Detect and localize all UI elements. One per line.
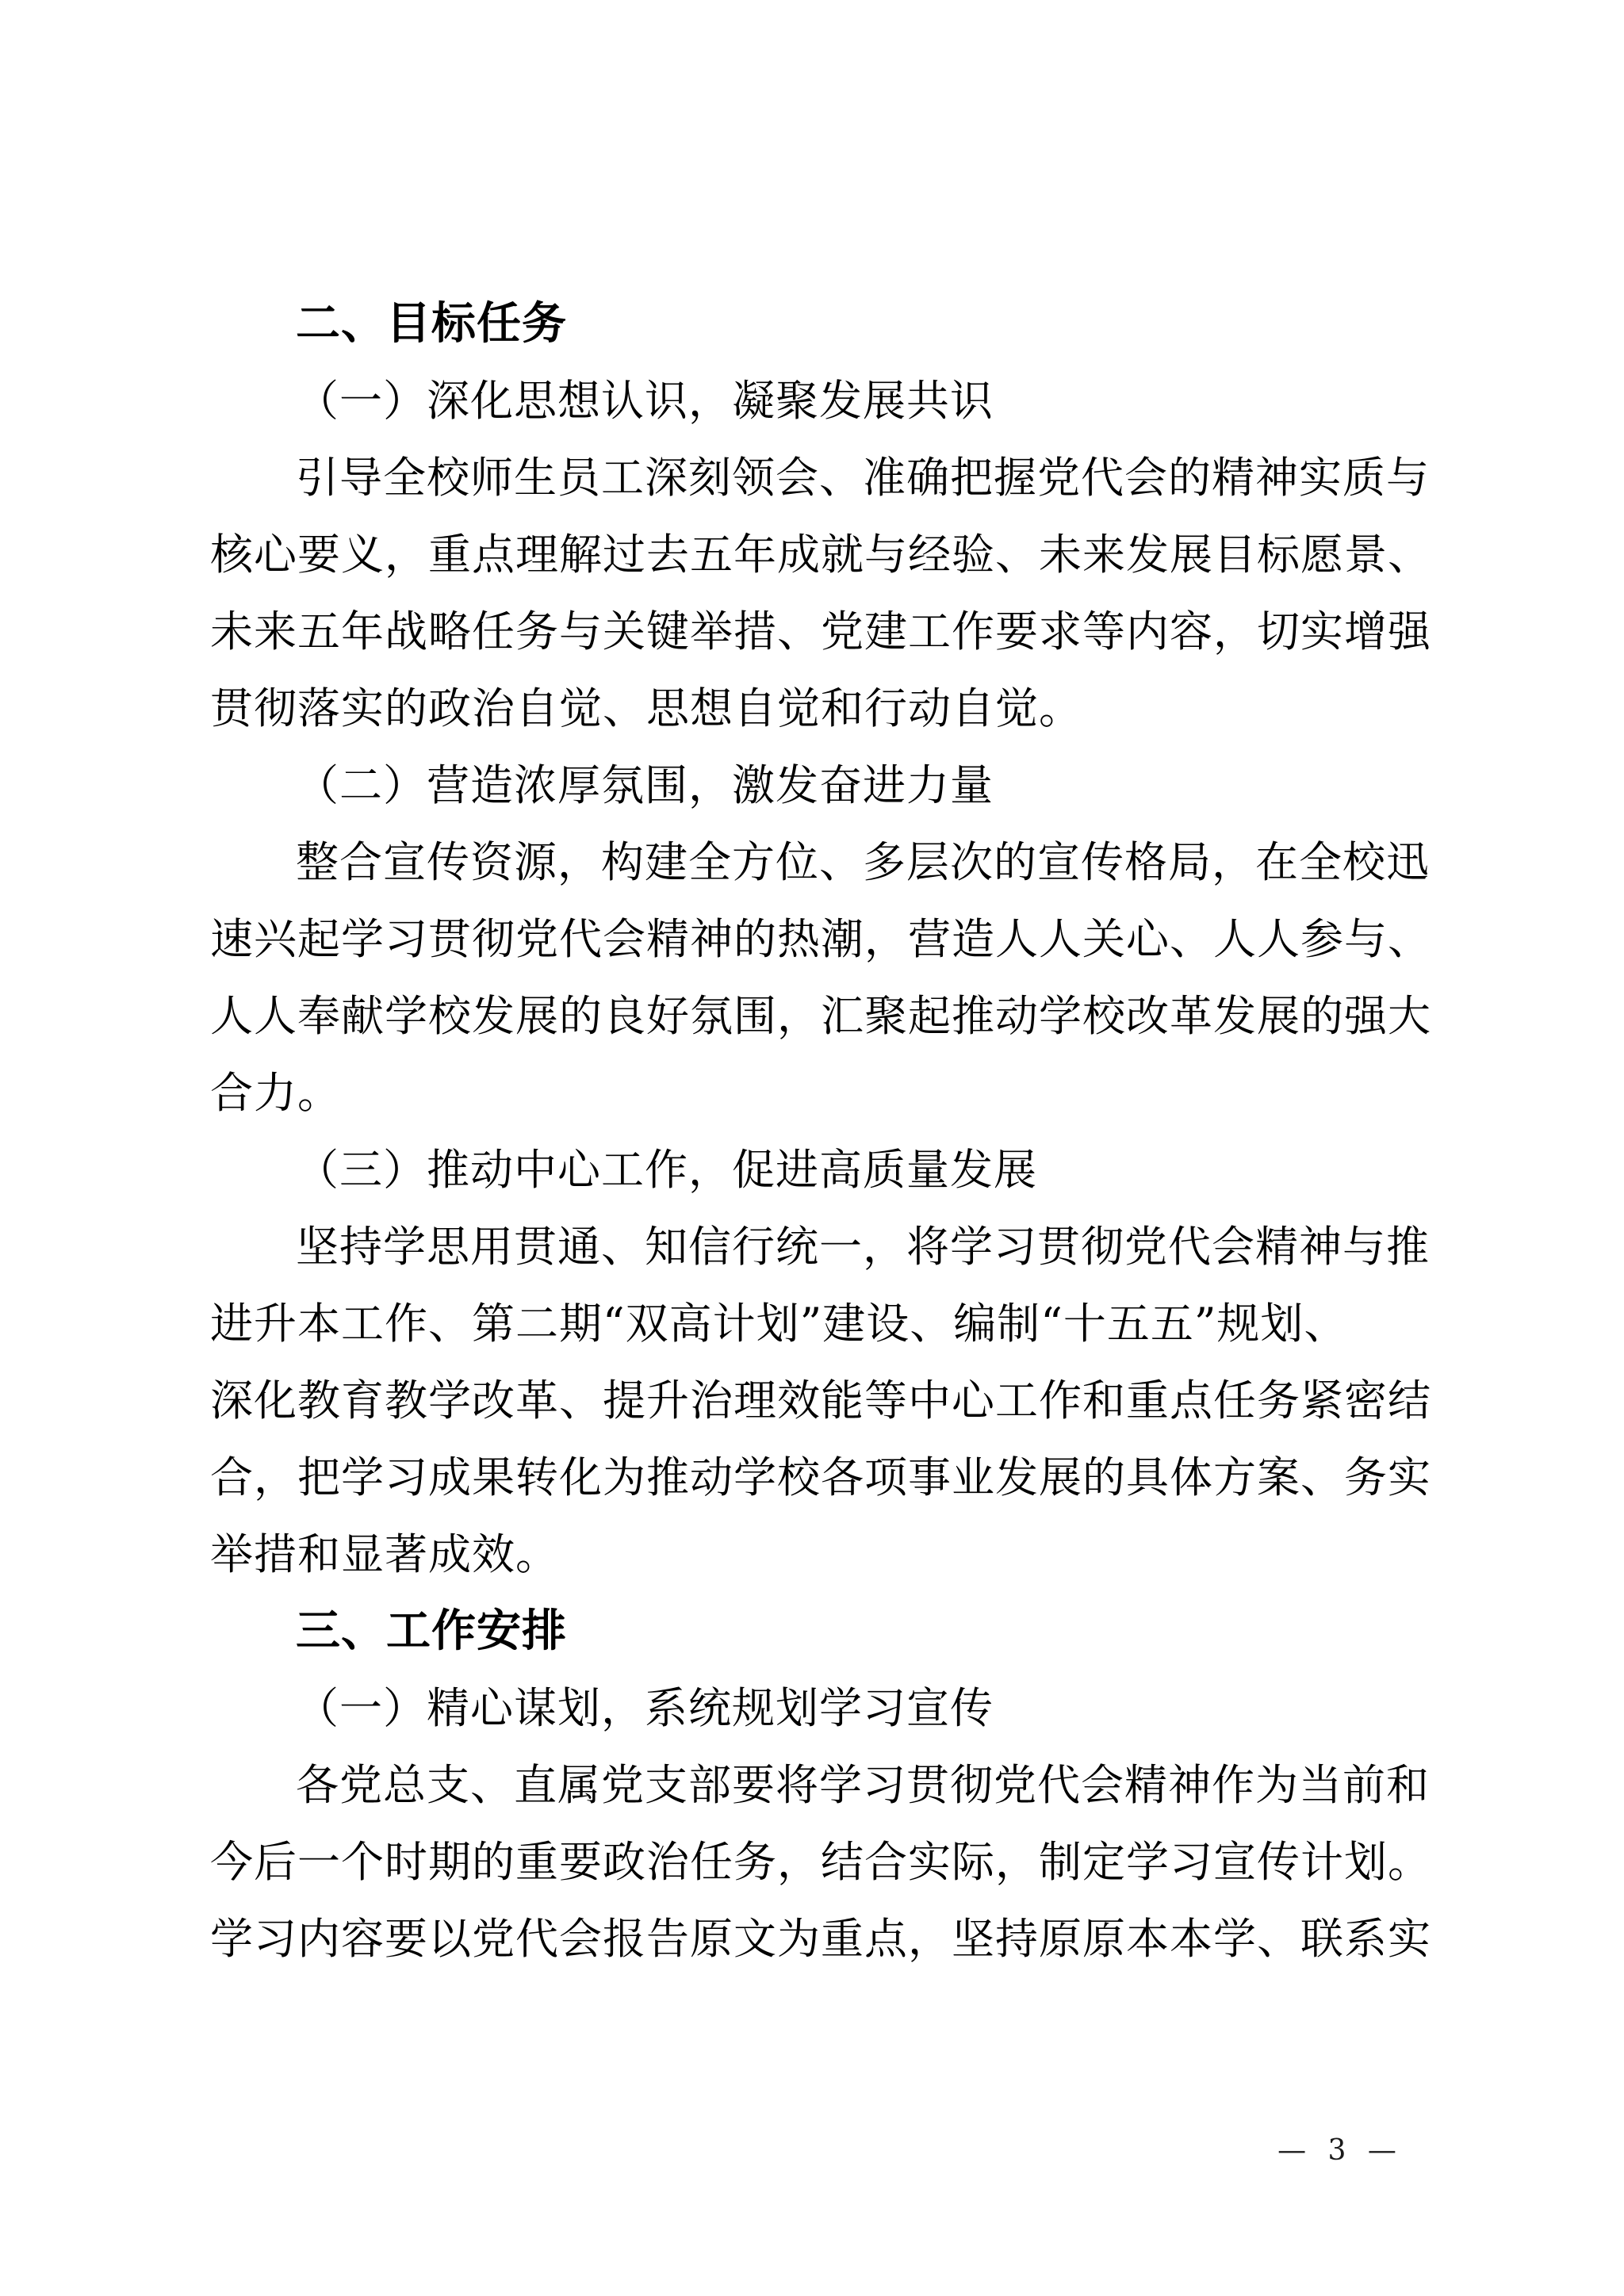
sub-section-heading: （二）营造浓厚氛围，激发奋进力量 bbox=[210, 747, 1415, 824]
paragraph-line: 今后一个时期的重要政治任务，结合实际，制定学习宣传计划。 bbox=[210, 1823, 1415, 1900]
paragraph-line: 未来五年战略任务与关键举措、党建工作要求等内容，切实增强 bbox=[210, 593, 1415, 670]
paragraph-line: 人人奉献学校发展的良好氛围，汇聚起推动学校改革发展的强大 bbox=[210, 978, 1415, 1054]
sub-section-heading: （一）精心谋划，系统规划学习宣传 bbox=[210, 1670, 1415, 1747]
document-body: 二、目标任务（一）深化思想认识，凝聚发展共识引导全校师生员工深刻领会、准确把握党… bbox=[210, 285, 1415, 1977]
paragraph-line: 各党总支、直属党支部要将学习贯彻党代会精神作为当前和 bbox=[210, 1747, 1415, 1823]
paragraph-line: 进升本工作、第二期“双高计划”建设、编制“十五五”规划、 bbox=[210, 1285, 1415, 1362]
paragraph-line: 核心要义，重点理解过去五年成就与经验、未来发展目标愿景、 bbox=[210, 516, 1415, 593]
paragraph-line: 贯彻落实的政治自觉、思想自觉和行动自觉。 bbox=[210, 670, 1415, 747]
paragraph-line: 引导全校师生员工深刻领会、准确把握党代会的精神实质与 bbox=[210, 439, 1415, 516]
document-page: 二、目标任务（一）深化思想认识，凝聚发展共识引导全校师生员工深刻领会、准确把握党… bbox=[0, 0, 1624, 2296]
sub-section-heading: （三）推动中心工作，促进高质量发展 bbox=[210, 1131, 1415, 1208]
paragraph-line: 合力。 bbox=[210, 1054, 1415, 1131]
sub-section-heading: （一）深化思想认识，凝聚发展共识 bbox=[210, 362, 1415, 439]
paragraph-line: 速兴起学习贯彻党代会精神的热潮，营造人人关心、人人参与、 bbox=[210, 901, 1415, 978]
section-heading: 二、目标任务 bbox=[210, 285, 1415, 362]
section-heading: 三、工作安排 bbox=[210, 1593, 1415, 1670]
paragraph-line: 深化教育教学改革、提升治理效能等中心工作和重点任务紧密结 bbox=[210, 1362, 1415, 1439]
paragraph-line: 合，把学习成果转化为推动学校各项事业发展的具体方案、务实 bbox=[210, 1439, 1415, 1516]
paragraph-line: 学习内容要以党代会报告原文为重点，坚持原原本本学、联系实 bbox=[210, 1900, 1415, 1977]
page-number: — 3 — bbox=[1253, 2127, 1427, 2175]
paragraph-line: 坚持学思用贯通、知信行统一，将学习贯彻党代会精神与推 bbox=[210, 1208, 1415, 1285]
paragraph-line: 整合宣传资源，构建全方位、多层次的宣传格局，在全校迅 bbox=[210, 824, 1415, 901]
paragraph-line: 举措和显著成效。 bbox=[210, 1516, 1415, 1593]
